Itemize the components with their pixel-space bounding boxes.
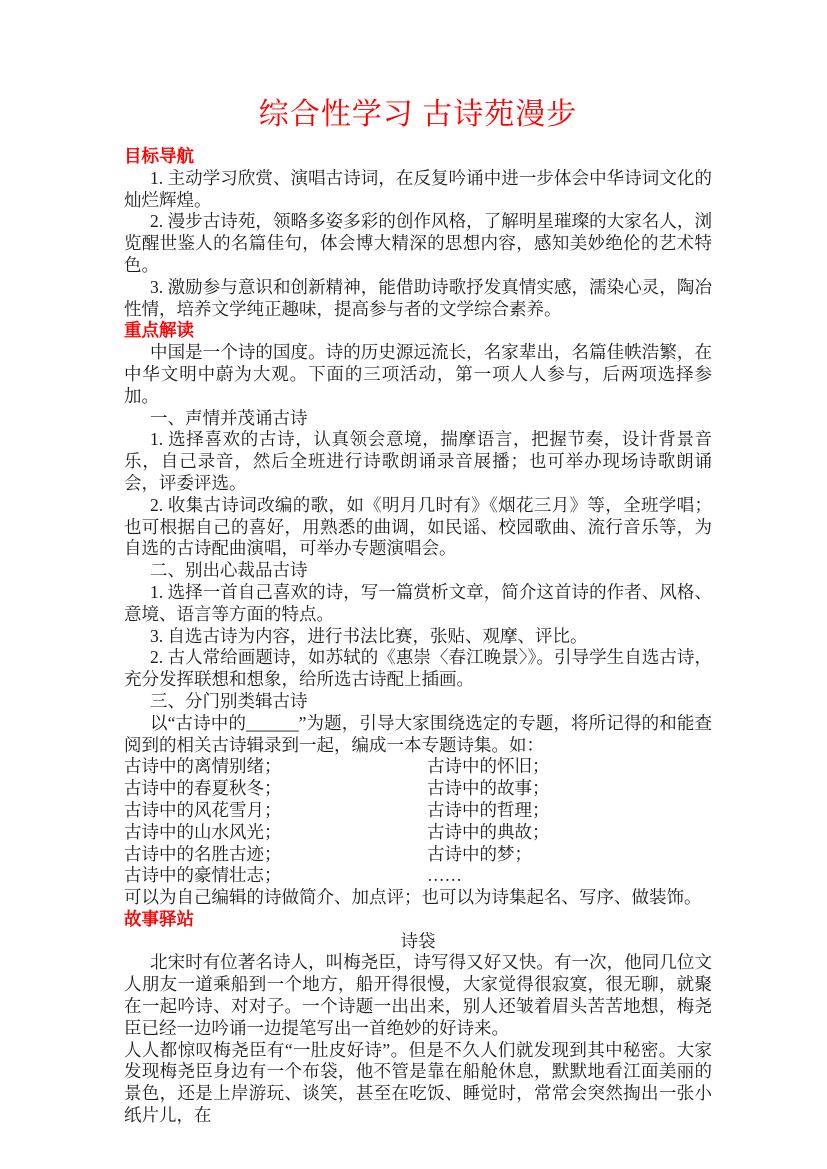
story-paragraph-2: 人人都惊叹梅尧臣有“一肚皮好诗”。但是不久人们就发现到其中秘密。大家发现梅尧臣身… bbox=[124, 1040, 712, 1127]
poem-category: 古诗中的故事； bbox=[427, 778, 712, 800]
poem-categories-note: 可以为自己编辑的诗做简介、加点评；也可以为诗集起名、写序、做装饰。 bbox=[124, 887, 712, 909]
poem-category-list: 古诗中的离情别绪； 古诗中的怀旧； 古诗中的春夏秋冬； 古诗中的故事； 古诗中的… bbox=[124, 756, 712, 887]
story-paragraph-1: 北宋时有位著名诗人，叫梅尧臣，诗写得又好又快。有一次，他同几位文人朋友一道乘船到… bbox=[124, 952, 712, 1039]
section-heading-key-points: 重点解读 bbox=[124, 320, 712, 342]
poem-category-ellipsis: …… bbox=[427, 865, 712, 887]
section-heading-story: 故事驿站 bbox=[124, 909, 712, 931]
goal-item-3: 3. 激励参与意识和创新精神，能借助诗歌抒发真情实感，濡染心灵，陶冶性情，培养文… bbox=[124, 277, 712, 321]
activity-1-item-2: 2. 收集古诗词改编的歌，如《明月几时有》《烟花三月》等，全班学唱；也可根据自己… bbox=[124, 495, 712, 560]
poem-category: 古诗中的离情别绪； bbox=[124, 756, 427, 778]
poem-category: 古诗中的哲理； bbox=[427, 800, 712, 822]
key-points-intro: 中国是一个诗的国度。诗的历史源远流长，名家辈出，名篇佳帙浩繁，在中华文明中蔚为大… bbox=[124, 342, 712, 407]
story-title: 诗袋 bbox=[124, 931, 712, 953]
activity-1-title: 一、声情并茂诵古诗 bbox=[124, 408, 712, 430]
section-heading-goals: 目标导航 bbox=[124, 146, 712, 168]
activity-2-item-1: 1. 选择一首自己喜欢的诗，写一篇赏析文章，简介这首诗的作者、风格、意境、语言等… bbox=[124, 582, 712, 626]
poem-category: 古诗中的豪情壮志； bbox=[124, 865, 427, 887]
activity-2-title: 二、别出心裁品古诗 bbox=[124, 560, 712, 582]
poem-category: 古诗中的典故； bbox=[427, 822, 712, 844]
poem-category: 古诗中的风花雪月； bbox=[124, 800, 427, 822]
activity-3-title: 三、分门别类辑古诗 bbox=[124, 691, 712, 713]
poem-category: 古诗中的怀旧； bbox=[427, 756, 712, 778]
activity-1-item-1: 1. 选择喜欢的古诗，认真领会意境，揣摩语言，把握节奏，设计背景音乐，自己录音，… bbox=[124, 429, 712, 494]
goal-item-2: 2. 漫步古诗苑，领略多姿多彩的创作风格，了解明星璀璨的大家名人，浏览醒世鉴人的… bbox=[124, 211, 712, 276]
goal-item-1: 1. 主动学习欣赏、演唱古诗词，在反复吟诵中进一步体会中华诗词文化的灿烂辉煌。 bbox=[124, 168, 712, 212]
activity-3-lead: 以“古诗中的______”为题，引导大家围绕选定的专题，将所记得的和能查阅到的相… bbox=[124, 713, 712, 757]
document-body: 综合性学习 古诗苑漫步 目标导航 1. 主动学习欣赏、演唱古诗词，在反复吟诵中进… bbox=[124, 96, 712, 1127]
poem-category: 古诗中的春夏秋冬； bbox=[124, 778, 427, 800]
poem-category: 古诗中的梦； bbox=[427, 844, 712, 866]
document-page: 综合性学习 古诗苑漫步 目标导航 1. 主动学习欣赏、演唱古诗词，在反复吟诵中进… bbox=[0, 0, 827, 1169]
poem-category: 古诗中的山水风光； bbox=[124, 822, 427, 844]
doc-title: 综合性学习 古诗苑漫步 bbox=[124, 96, 712, 133]
activity-2-item-3: 2. 古人常给画题诗，如苏轼的《惠崇〈春江晚景〉》。引导学生自选古诗，充分发挥联… bbox=[124, 647, 712, 691]
poem-category: 古诗中的名胜古迹； bbox=[124, 844, 427, 866]
activity-2-item-2: 3. 自选古诗为内容，进行书法比赛，张贴、观摩、评比。 bbox=[124, 626, 712, 648]
